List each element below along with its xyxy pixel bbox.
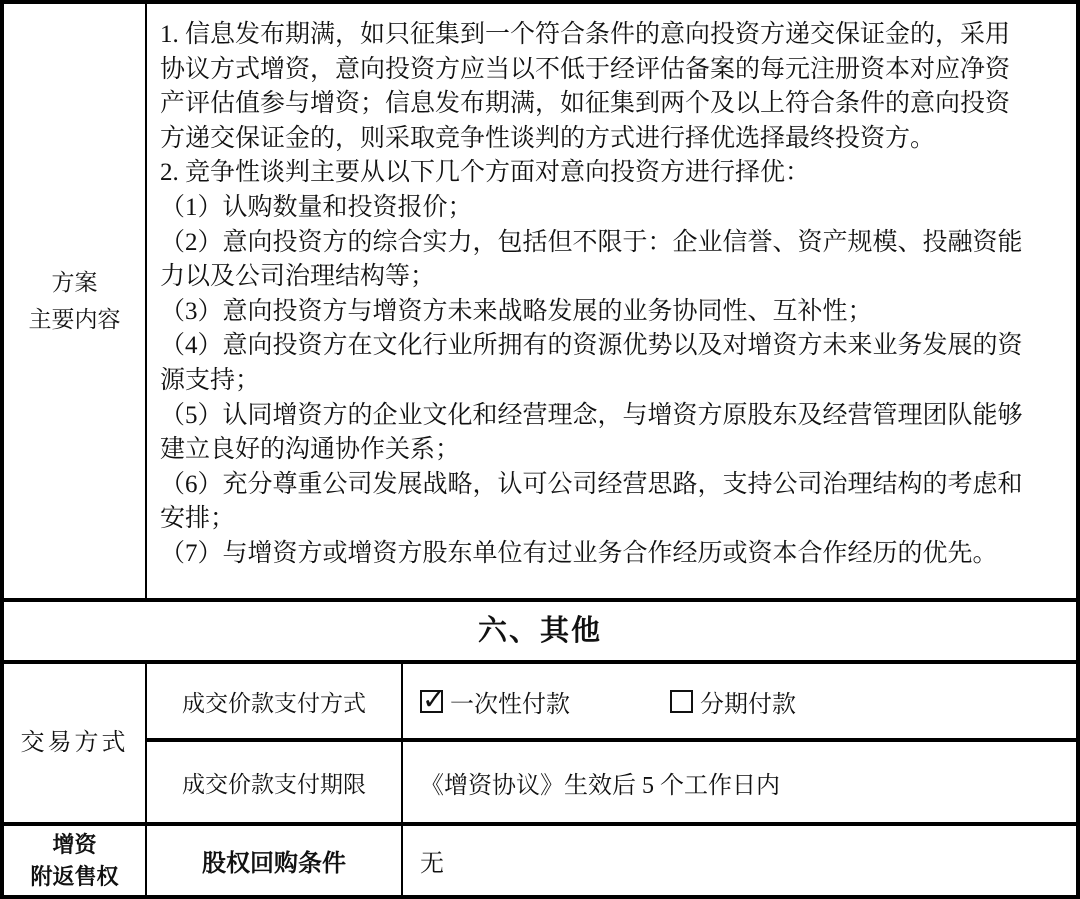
repurchase-row: 增资 附返售权 股权回购条件 无 bbox=[4, 822, 1076, 895]
payment-option-label: 分期付款 bbox=[700, 684, 796, 719]
repurchase-row-header-line1: 增资 bbox=[52, 829, 96, 861]
payment-method-value: 一次性付款 分期付款 bbox=[403, 664, 1076, 738]
plan-row: 方案 主要内容 1. 信息发布期满，如只征集到一个符合条件的意向投资方递交保证金… bbox=[4, 4, 1076, 598]
plan-content-line: 协议方式增资，意向投资方应当以不低于经评估备案的每元注册资本对应净资 bbox=[160, 53, 1060, 88]
payment-term-row: 成交价款支付期限 《增资协议》生效后 5 个工作日内 bbox=[147, 738, 1076, 822]
checkbox-unchecked-icon[interactable] bbox=[670, 690, 693, 713]
payment-method-row: 成交价款支付方式 一次性付款 分期付款 bbox=[147, 664, 1076, 738]
document-table: 方案 主要内容 1. 信息发布期满，如只征集到一个符合条件的意向投资方递交保证金… bbox=[0, 0, 1080, 899]
repurchase-row-header: 增资 附返售权 bbox=[4, 826, 147, 895]
plan-row-header-line2: 主要内容 bbox=[29, 301, 121, 338]
plan-content-cell: 1. 信息发布期满，如只征集到一个符合条件的意向投资方递交保证金的，采用 协议方… bbox=[147, 4, 1076, 598]
payment-option-lump-sum: 一次性付款 bbox=[420, 684, 570, 719]
transaction-rows: 交易方式 成交价款支付方式 一次性付款 分期付款 成交价款支付期限 《增资协 bbox=[4, 660, 1076, 822]
plan-content-line: （7）与增资方或增资方股东单位有过业务合作经历或资本合作经历的优先。 bbox=[160, 537, 1060, 572]
plan-content-line: （4）意向投资方在文化行业所拥有的资源优势以及对增资方未来业务发展的资 bbox=[160, 329, 1060, 364]
plan-content-line: 建立良好的沟通协作关系； bbox=[160, 433, 1060, 468]
payment-option-label: 一次性付款 bbox=[450, 684, 570, 719]
repurchase-condition-label: 股权回购条件 bbox=[147, 826, 403, 895]
transaction-row-header: 交易方式 bbox=[4, 664, 147, 822]
plan-content-line: 2. 竞争性谈判主要从以下几个方面对意向投资方进行择优： bbox=[160, 156, 1060, 191]
section-header-title: 六、其他 bbox=[4, 598, 1076, 660]
plan-content-line: 源支持； bbox=[160, 364, 1060, 399]
plan-row-header-line1: 方案 bbox=[52, 264, 98, 301]
plan-content-line: （1）认购数量和投资报价； bbox=[160, 191, 1060, 226]
plan-content-line: 1. 信息发布期满，如只征集到一个符合条件的意向投资方递交保证金的，采用 bbox=[160, 18, 1060, 53]
transaction-subrows: 成交价款支付方式 一次性付款 分期付款 成交价款支付期限 《增资协议》生效后 5… bbox=[147, 664, 1076, 822]
plan-content-line: （3）意向投资方与增资方未来战略发展的业务协同性、互补性； bbox=[160, 295, 1060, 330]
checkbox-checked-icon[interactable] bbox=[420, 690, 443, 713]
plan-content-line: 产评估值参与增资；信息发布期满，如征集到两个及以上符合条件的意向投资 bbox=[160, 87, 1060, 122]
repurchase-condition-value: 无 bbox=[403, 826, 1076, 895]
plan-content-line: 安排； bbox=[160, 502, 1060, 537]
plan-content-line: （2）意向投资方的综合实力，包括但不限于：企业信誉、资产规模、投融资能 bbox=[160, 226, 1060, 261]
plan-content-line: （6）充分尊重公司发展战略，认可公司经营思路，支持公司治理结构的考虑和 bbox=[160, 468, 1060, 503]
payment-term-value: 《增资协议》生效后 5 个工作日内 bbox=[403, 742, 1076, 822]
repurchase-row-header-line2: 附返售权 bbox=[30, 861, 118, 893]
plan-content-line: 方递交保证金的，则采取竞争性谈判的方式进行择优选择最终投资方。 bbox=[160, 122, 1060, 157]
plan-row-header: 方案 主要内容 bbox=[4, 4, 147, 598]
plan-content-line: （5）认同增资方的企业文化和经营理念，与增资方原股东及经营管理团队能够 bbox=[160, 399, 1060, 434]
payment-method-label: 成交价款支付方式 bbox=[147, 664, 403, 738]
plan-content-line: 力以及公司治理结构等； bbox=[160, 260, 1060, 295]
payment-term-label: 成交价款支付期限 bbox=[147, 742, 403, 822]
payment-option-installments: 分期付款 bbox=[670, 684, 796, 719]
